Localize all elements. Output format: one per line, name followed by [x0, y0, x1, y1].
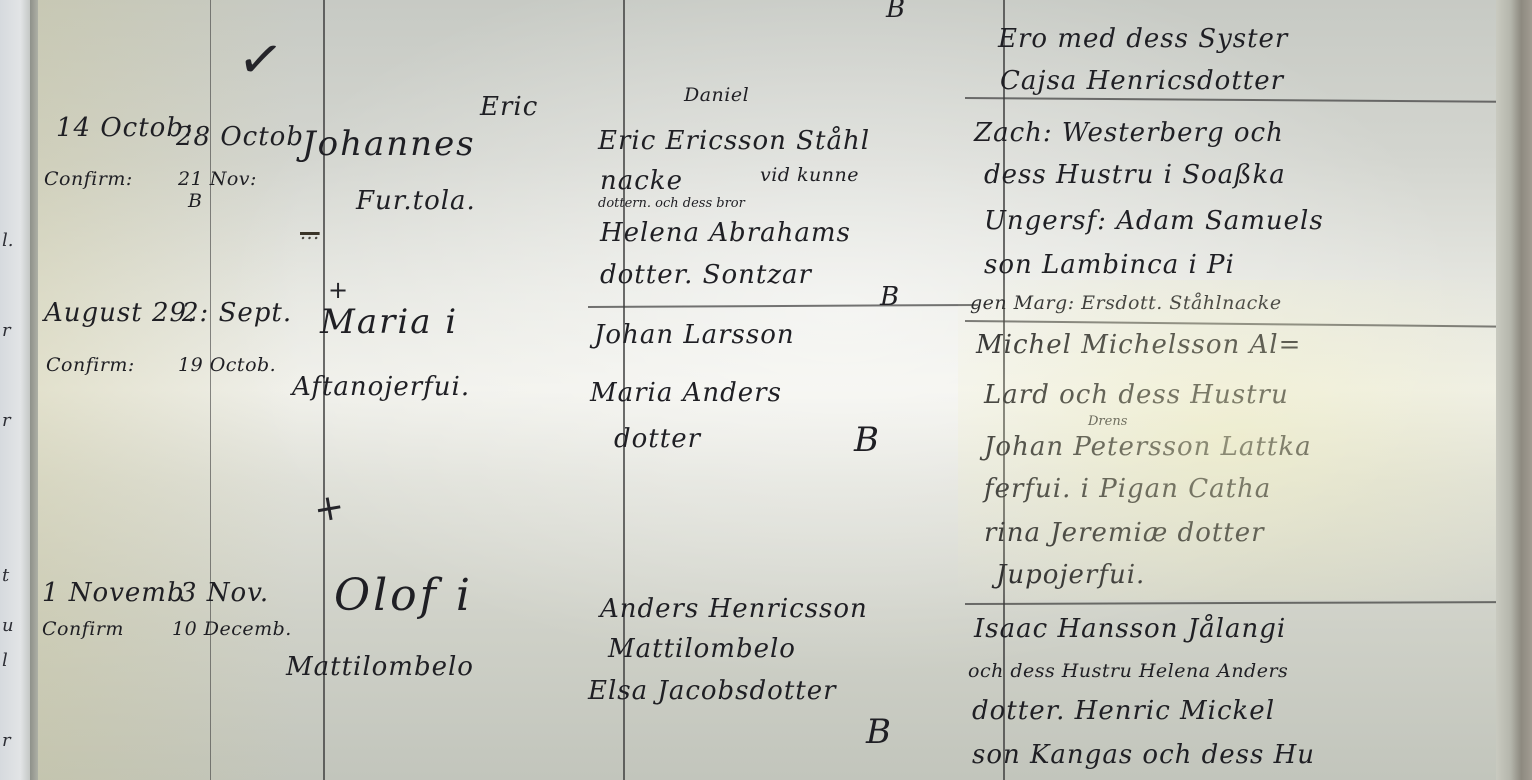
confirmation-date: 10 Decemb. [172, 618, 292, 640]
child-place-struck: ... [300, 222, 560, 244]
cross-mark-icon: + [311, 486, 348, 532]
row-separator [965, 320, 1500, 328]
row-separator [965, 97, 1500, 103]
margin-fragment: r [2, 320, 11, 341]
baptism-date: 28 Octob [176, 122, 304, 152]
child-place: Mattilombelo [286, 652, 474, 682]
birth-date: 14 Octob: [56, 113, 194, 143]
parent-line: dotter [614, 424, 701, 454]
parent-line: dottern. och dess bror [598, 196, 745, 211]
parent-line: nacke [600, 166, 683, 196]
parent-line: Anders Henricsson [600, 594, 868, 624]
parent-line: Maria Anders [590, 378, 782, 408]
witness-line: ferfui. i Pigan Catha [984, 474, 1271, 504]
margin-fragment: l. [2, 230, 13, 251]
confirmation-label: Confirm [42, 618, 124, 640]
parent-line: Johan Larsson [594, 320, 795, 350]
witness-line: Jupojerfui. [996, 560, 1145, 590]
baptism-date: 3 Nov. [180, 578, 269, 608]
child-name: Johannes [302, 124, 476, 164]
witness-line: Johan Petersson Lattka [984, 432, 1312, 462]
witness-line: Isaac Hansson Jålangi [974, 614, 1286, 644]
confirmation-label: Confirm: [44, 168, 133, 190]
margin-fragment: r [2, 730, 11, 751]
parent-line: Mattilombelo [608, 634, 796, 664]
parent-line: dotter. Sontzar [600, 260, 812, 290]
confirmation-date: 21 Nov: [178, 168, 257, 190]
father-name-correction: Daniel [684, 84, 749, 106]
parent-line: Helena Abrahams [600, 218, 851, 248]
witness-line: dotter. Henric Mickel [972, 696, 1275, 726]
witness-line: Ungersf: Adam Samuels [984, 206, 1324, 236]
cross-mark-icon: + [328, 276, 348, 304]
margin-fragment: u [2, 615, 14, 636]
register-page: ✓ B Ero med dess Syster Cajsa Henricsdot… [38, 0, 1498, 780]
birth-date: August 29. [44, 298, 196, 328]
baptism-mark: B [866, 712, 893, 752]
baptism-mark: B [188, 190, 202, 212]
child-name-correction: Eric [480, 92, 538, 122]
row-separator [588, 304, 978, 308]
column-divider-dates [210, 0, 211, 780]
birth-date: 1 Novemb [42, 578, 185, 608]
parent-line: Eric Ericsson Ståhl [598, 126, 870, 156]
witness-line: rina Jeremiæ dotter [984, 518, 1265, 548]
witness-line: son Lambinca i Pi [984, 250, 1235, 280]
book-binding-edge [1496, 0, 1532, 780]
margin-fragment: r [2, 410, 11, 431]
row-separator [965, 601, 1500, 605]
parent-note: vid kunne [760, 164, 859, 186]
margin-fragment: l [2, 650, 8, 671]
confirmation-label: Confirm: [46, 354, 135, 376]
baptism-mark: B [880, 282, 900, 312]
adjacent-page-edge: l. r r t u l r [0, 0, 34, 780]
witness-line: son Kangas och dess Hu [972, 740, 1315, 770]
baptism-mark: B [854, 420, 881, 460]
child-place: Fur.tola. [356, 186, 476, 216]
confirmation-date: 19 Octob. [178, 354, 276, 376]
child-name: Maria i [320, 302, 458, 342]
witness-line: Cajsa Henricsdotter [1000, 66, 1284, 96]
parent-line: Elsa Jacobsdotter [588, 676, 837, 706]
baptism-mark: B [886, 0, 906, 24]
check-mark-icon: ✓ [234, 25, 288, 94]
margin-fragment: t [2, 565, 9, 586]
witness-line: dess Hustru i Soaßka [984, 160, 1286, 190]
witness-line: Zach: Westerberg och [974, 118, 1284, 148]
witness-line: Michel Michelsson Al= [976, 330, 1301, 360]
child-name: Olof i [334, 570, 473, 621]
witness-line: och dess Hustru Helena Anders [968, 660, 1288, 682]
witness-line: Ero med dess Syster [998, 24, 1288, 54]
baptism-date: 2: Sept. [182, 298, 292, 328]
witness-correction: Drens [1088, 414, 1127, 429]
child-place: Aftanojerfui. [292, 372, 470, 402]
witness-line: Lard och dess Hustru [984, 380, 1289, 410]
witness-line: gen Marg: Ersdott. Ståhlnacke [970, 292, 1282, 314]
